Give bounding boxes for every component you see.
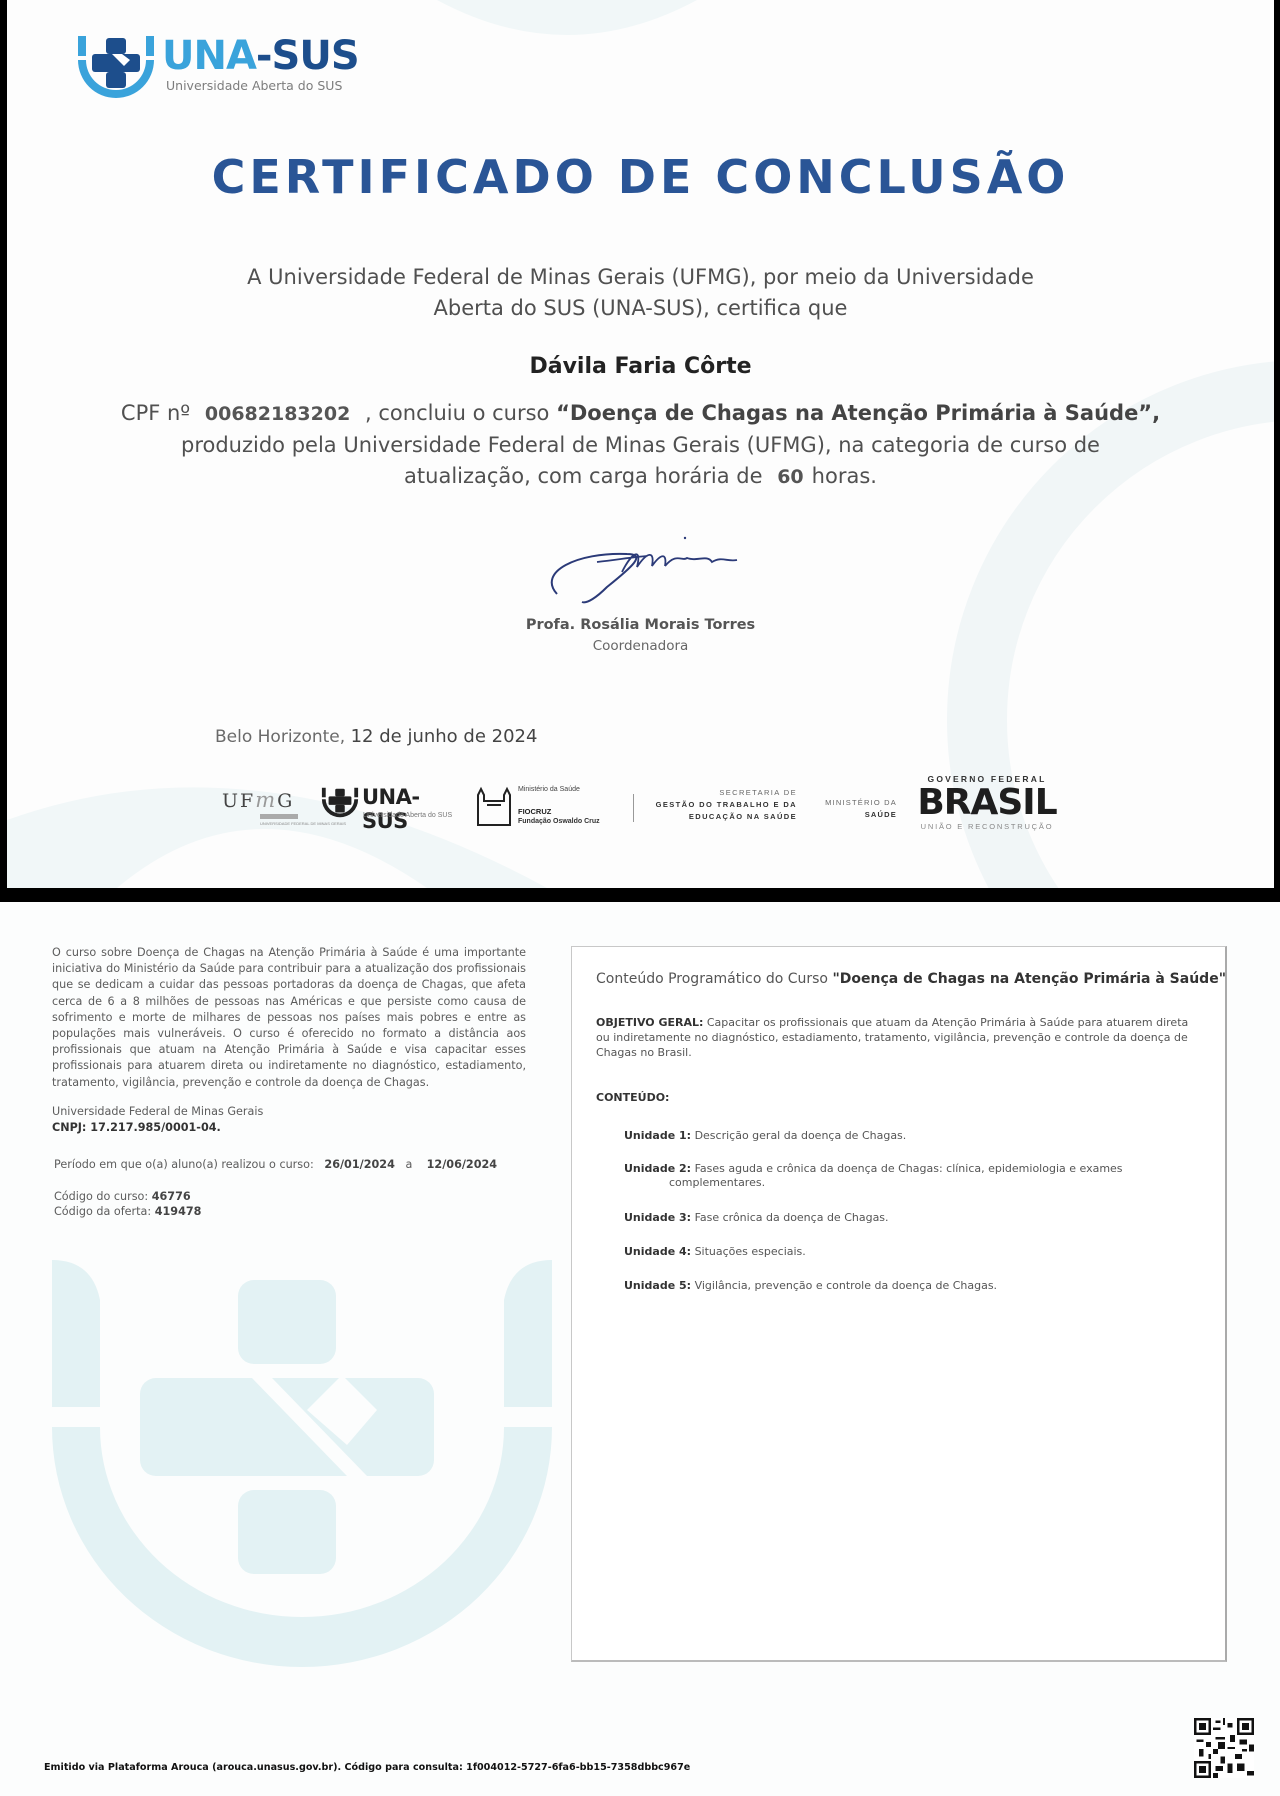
institution-cnpj: CNPJ: 17.217.985/0001-04. xyxy=(52,1121,221,1134)
unit-text: Fases aguda e crônica da doença de Chaga… xyxy=(695,1162,1123,1175)
fiocruz-logo: Ministério da Saúde FIOCRUZ Fundação Osw… xyxy=(475,783,625,833)
offer-code: 419478 xyxy=(155,1205,202,1218)
sgtes-line-2: GESTÃO DO TRABALHO E DA xyxy=(656,800,797,809)
period-start: 26/01/2024 xyxy=(324,1158,394,1171)
una-sus-wordmark: UNA-SUS xyxy=(362,785,460,833)
objective-label: OBJETIVO GERAL: xyxy=(596,1016,703,1029)
una-sus-small-logo: UNA-SUS Universidade Aberta do SUS xyxy=(320,785,460,830)
signatory-role: Coordenadora xyxy=(7,638,1274,654)
unit-label: Unidade 1: xyxy=(624,1129,691,1142)
gov-bottom: UNIÃO E RECONSTRUÇÃO xyxy=(912,822,1062,831)
unit-text: Vigilância, prevenção e controle da doen… xyxy=(695,1279,997,1292)
period-end: 12/06/2024 xyxy=(427,1158,497,1171)
hours-value: 60 xyxy=(769,466,811,488)
offer-code-label: Código da oferta: xyxy=(54,1205,151,1218)
program-title-course: "Doença de Chagas na Atenção Primária à … xyxy=(832,971,1226,987)
certificate-intro: A Universidade Federal de Minas Gerais (… xyxy=(7,262,1274,324)
unit-item: Unidade 1: Descrição geral da doença de … xyxy=(624,1129,1164,1143)
unit-text: Fase crônica da doença de Chagas. xyxy=(695,1211,889,1224)
cpf-value: 00682183202 xyxy=(197,403,358,425)
ms-line-2: SAÚDE xyxy=(865,810,897,819)
unit-text: Situações especiais. xyxy=(695,1245,806,1258)
student-name: Dávila Faria Côrte xyxy=(7,354,1274,379)
cpf-label: CPF nº xyxy=(121,401,190,425)
issue-date: 12 de junho de 2024 xyxy=(351,726,538,747)
sgtes-line-3: EDUCAÇÃO NA SAÚDE xyxy=(689,812,797,821)
period-label: Período em que o(a) aluno(a) realizou o … xyxy=(54,1158,314,1171)
sgtes-logo: SECRETARIA DE GESTÃO DO TRABALHO E DA ED… xyxy=(647,787,797,823)
intro-line-1: A Universidade Federal de Minas Gerais (… xyxy=(7,262,1274,293)
unit-label: Unidade 4: xyxy=(624,1245,691,1258)
concluded-text: , concluiu o curso xyxy=(365,401,549,425)
course-code: 46776 xyxy=(152,1190,191,1203)
unit-text-continued: complementares. xyxy=(624,1176,1164,1190)
institution-name: Universidade Federal de Minas Gerais xyxy=(52,1104,263,1120)
place-and-date: Belo Horizonte, 12 de junho de 2024 xyxy=(215,726,537,747)
certificate-back: O curso sobre Doença de Chagas na Atençã… xyxy=(0,902,1280,1796)
program-title-prefix: Conteúdo Programático do Curso xyxy=(596,971,828,987)
partner-logos: UFmG UNIVERSIDADE FEDERAL DE MINAS GERAI… xyxy=(7,770,1274,850)
unit-label: Unidade 2: xyxy=(624,1162,691,1175)
place: Belo Horizonte, xyxy=(215,727,345,747)
general-objective: OBJETIVO GERAL: Capacitar os profissiona… xyxy=(596,1015,1196,1060)
cpf-line: CPF nº 00682183202 , concluiu o curso “D… xyxy=(107,398,1174,430)
course-name: “Doença de Chagas na Atenção Primária à … xyxy=(556,401,1160,425)
signature-image xyxy=(537,532,757,612)
workload-line: atualização, com carga horária de 60hora… xyxy=(107,461,1174,493)
hours-suffix: horas. xyxy=(812,464,877,488)
certificate-body: CPF nº 00682183202 , concluiu o curso “D… xyxy=(107,398,1174,493)
gov-main: BRASIL xyxy=(912,784,1062,822)
content-label: CONTEÚDO: xyxy=(596,1091,669,1104)
certificate-title: CERTIFICADO DE CONCLUSÃO xyxy=(7,150,1274,204)
fiocruz-ministry: Ministério da Saúde xyxy=(518,786,580,793)
unit-item: Unidade 3: Fase crônica da doença de Cha… xyxy=(624,1211,1164,1225)
unit-label: Unidade 5: xyxy=(624,1279,691,1292)
course-description: O curso sobre Doença de Chagas na Atençã… xyxy=(52,945,526,1091)
institution-info: Universidade Federal de Minas Gerais CNP… xyxy=(52,1104,263,1136)
course-period: Período em que o(a) aluno(a) realizou o … xyxy=(54,1158,497,1171)
produced-text: produzido pela Universidade Federal de M… xyxy=(107,430,1174,461)
ministerio-saude-logo: MINISTÉRIO DA SAÚDE xyxy=(812,797,897,821)
fiocruz-castle-icon xyxy=(475,783,513,827)
ms-line-1: MINISTÉRIO DA xyxy=(812,797,897,809)
unit-label: Unidade 3: xyxy=(624,1211,691,1224)
logo-divider xyxy=(633,794,634,822)
una-sus-logo: UNA-SUS Universidade Aberta do SUS xyxy=(74,32,354,104)
una-sus-subtitle: Universidade Aberta do SUS xyxy=(363,812,452,819)
sgtes-line-1: SECRETARIA DE xyxy=(647,787,797,799)
signatory-name: Profa. Rosália Morais Torres xyxy=(7,617,1274,633)
logo-subtitle: Universidade Aberta do SUS xyxy=(166,78,342,93)
fiocruz-name: FIOCRUZ xyxy=(518,807,551,816)
certificate-front: UNA-SUS Universidade Aberta do SUS CERTI… xyxy=(7,0,1274,888)
una-sus-watermark-icon xyxy=(52,1250,552,1680)
unit-text: Descrição geral da doença de Chagas. xyxy=(695,1129,907,1142)
una-sus-cross-icon xyxy=(320,785,360,821)
una-sus-cross-icon xyxy=(74,32,158,104)
course-codes: Código do curso: 46776 Código da oferta:… xyxy=(54,1189,201,1219)
intro-line-2: Aberta do SUS (UNA-SUS), certifica que xyxy=(7,293,1274,324)
program-content-box: Conteúdo Programático do Curso "Doença d… xyxy=(571,946,1227,1662)
qr-code-icon[interactable] xyxy=(1194,1718,1254,1778)
fiocruz-full-name: Fundação Oswaldo Cruz xyxy=(518,818,600,825)
period-separator: a xyxy=(406,1158,413,1171)
governo-federal-logo: GOVERNO FEDERAL BRASIL UNIÃO E RECONSTRU… xyxy=(912,774,1062,831)
unit-item: Unidade 4: Situações especiais. xyxy=(624,1245,1164,1259)
program-title: Conteúdo Programático do Curso "Doença d… xyxy=(596,971,1226,987)
logo-wordmark: UNA-SUS xyxy=(162,34,359,78)
course-code-label: Código do curso: xyxy=(54,1190,148,1203)
workload-prefix: atualização, com carga horária de xyxy=(404,464,762,488)
unit-item: Unidade 2: Fases aguda e crônica da doen… xyxy=(624,1162,1164,1190)
emission-footer: Emitido via Plataforma Arouca (arouca.un… xyxy=(44,1762,690,1773)
unit-item: Unidade 5: Vigilância, prevenção e contr… xyxy=(624,1279,1164,1293)
